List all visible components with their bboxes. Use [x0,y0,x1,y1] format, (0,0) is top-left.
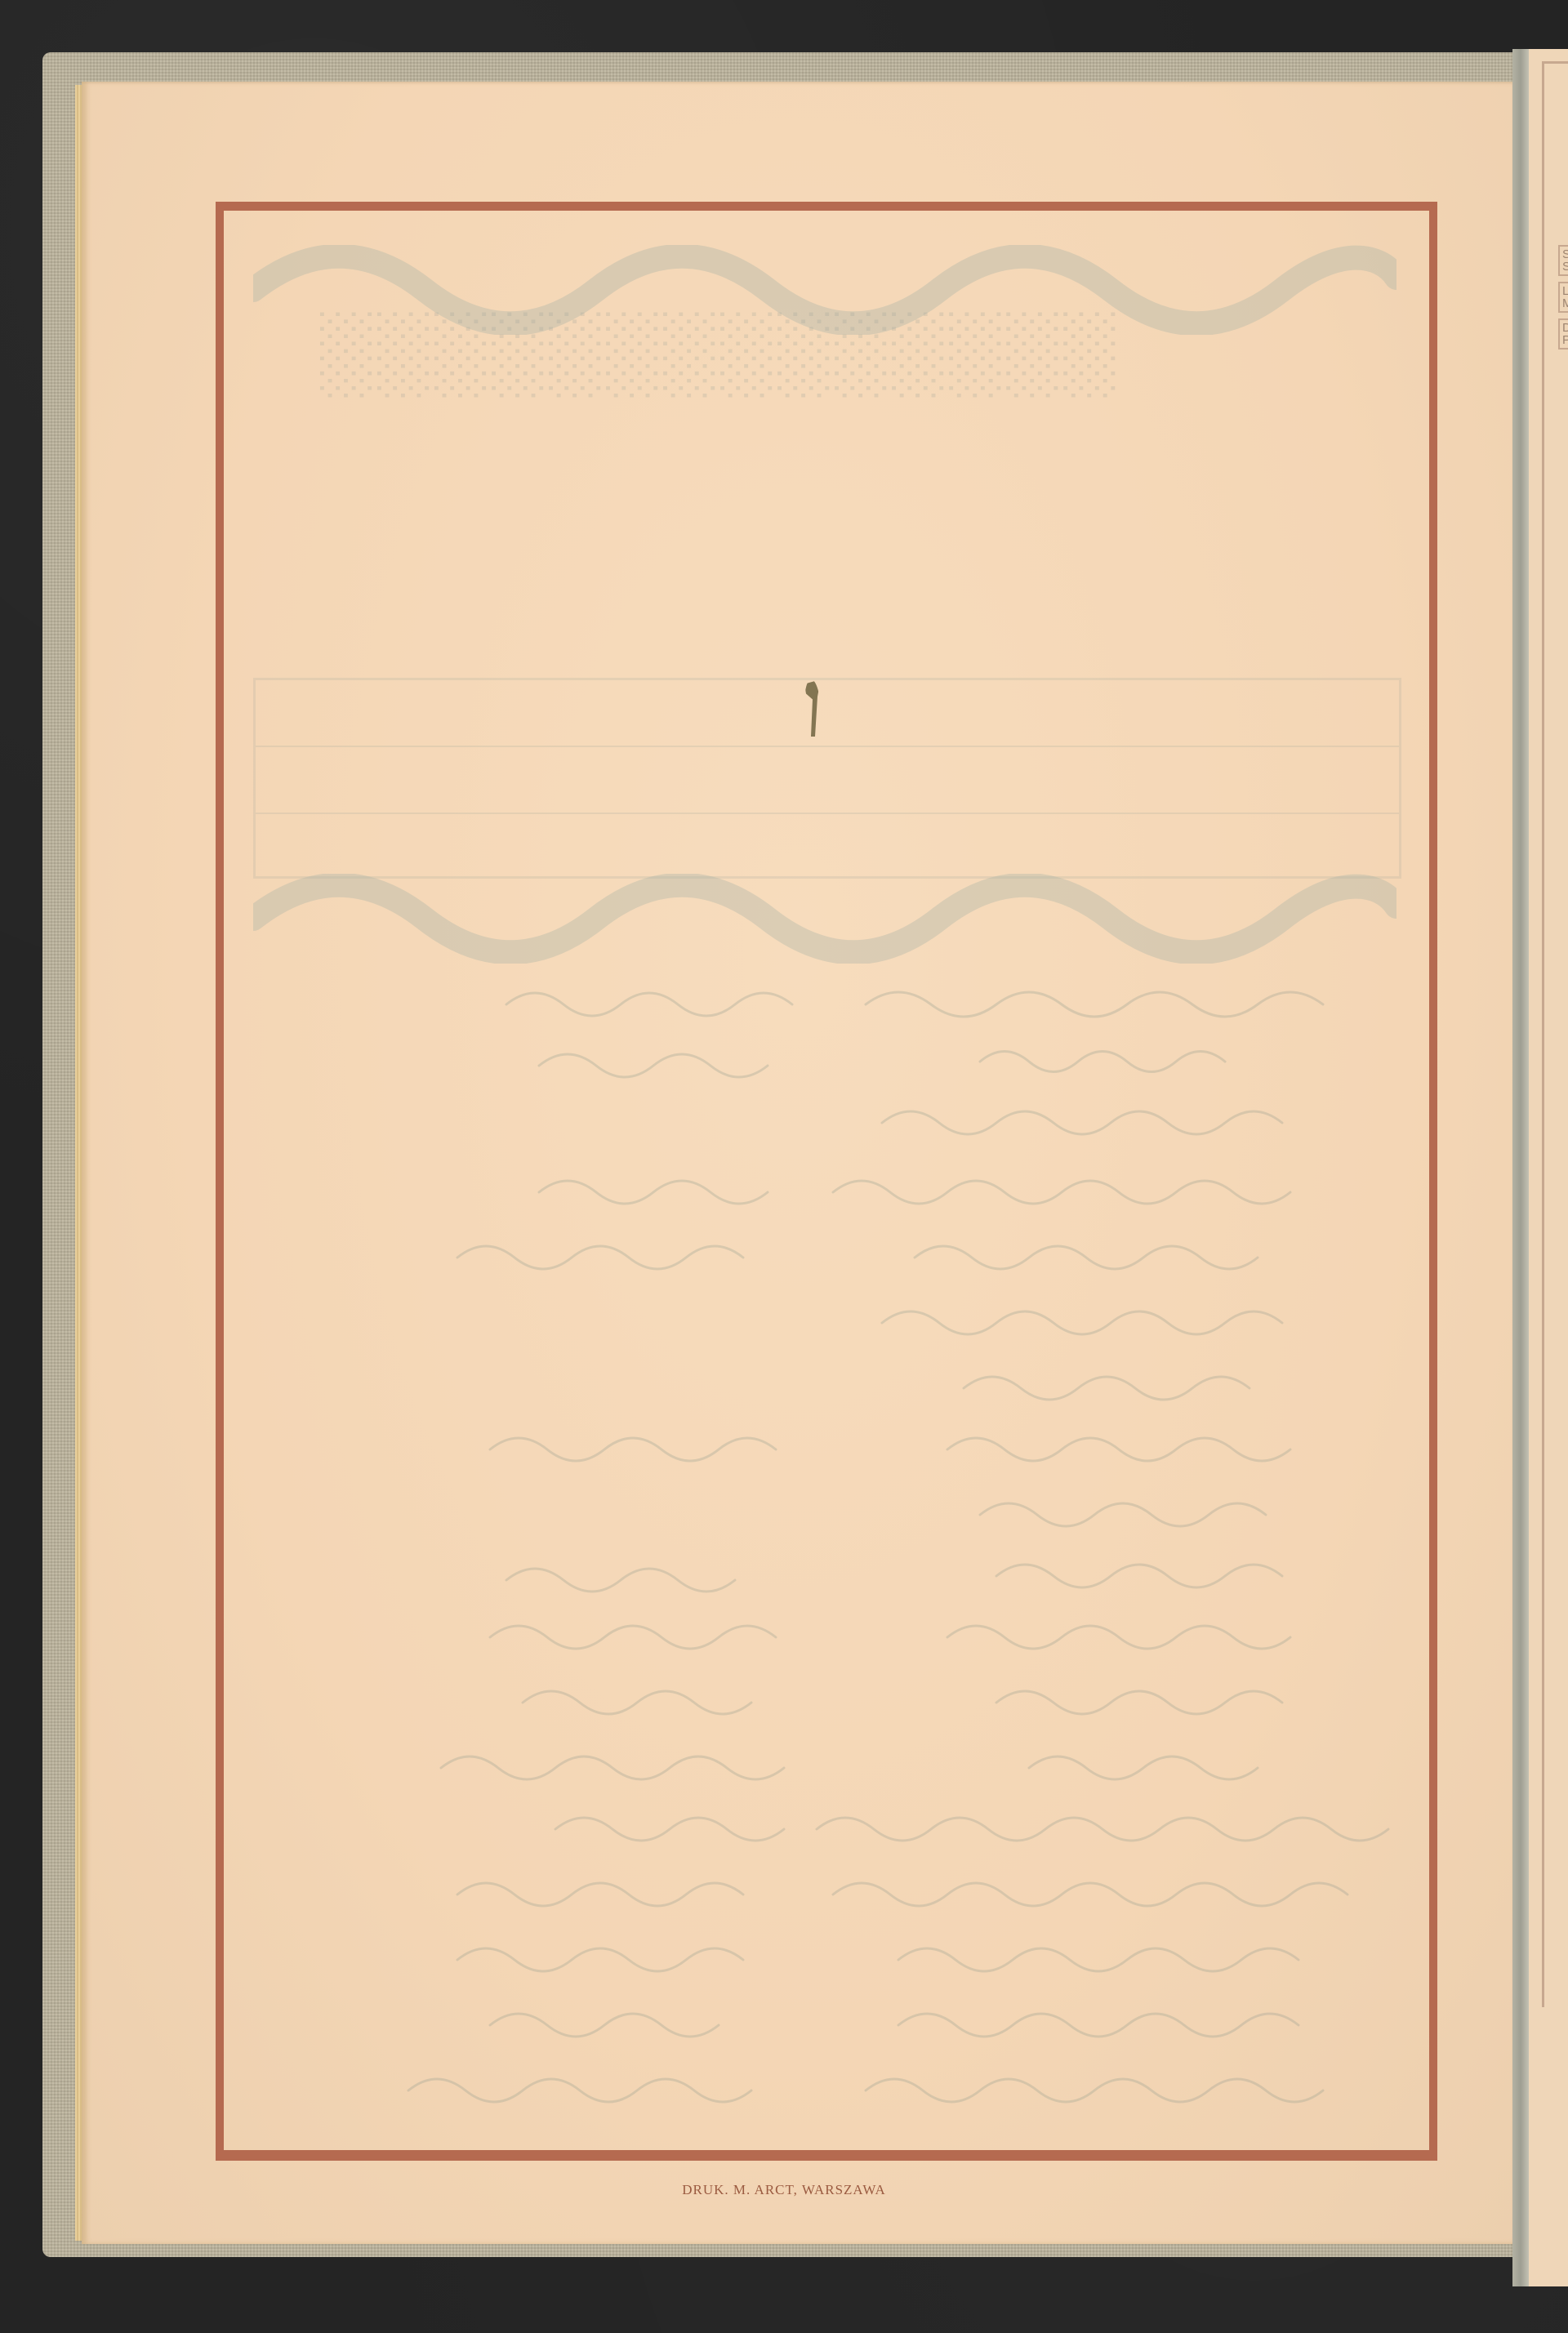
adjacent-page-frame [1542,61,1568,2007]
adjacent-page-fragment: DI PO [1558,318,1568,350]
book-gutter [1512,49,1529,2286]
decorative-frame [216,202,1437,2161]
adjacent-page-fragment: SCH SZ [1558,245,1568,276]
printer-imprint: DRUK. M. ARCT, WARSZAWA [0,2182,1568,2198]
adjacent-page-fragment: LO MI [1558,282,1568,313]
